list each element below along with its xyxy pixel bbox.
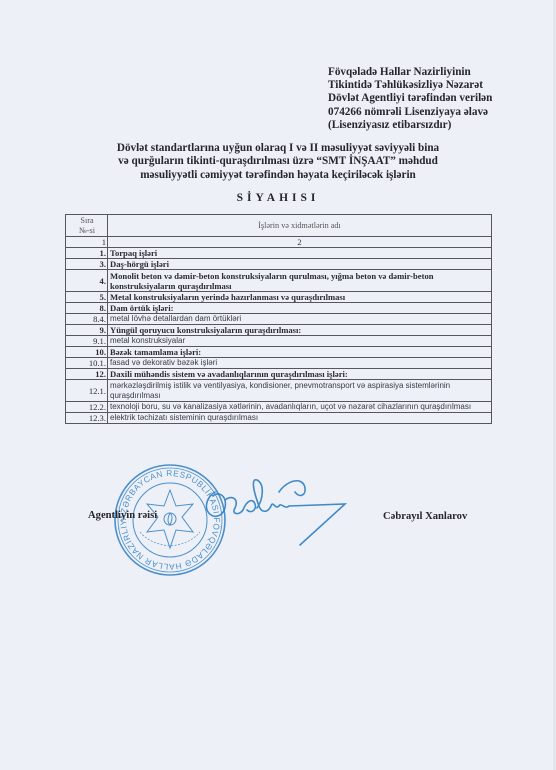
- table-row: 3.Daş-hörgü işləri: [66, 259, 492, 270]
- intro-line: məsuliyyətli cəmiyyət tərəfindən həyata …: [60, 169, 496, 182]
- table-row: 1.Torpaq işləri: [66, 248, 492, 259]
- addendum-line: 074266 nömrəli Lisenziyaya əlavə: [328, 106, 528, 119]
- addendum-line: Tikintidə Təhlükəsizliyə Nəzarət: [328, 79, 528, 92]
- table-row: 4.Monolit beton və dəmir-beton konstruks…: [66, 270, 492, 292]
- row-number-cell: 8.: [66, 303, 108, 314]
- row-number-cell: 12.3.: [66, 413, 108, 424]
- row-number-cell: 3.: [66, 259, 108, 270]
- index-cell-1: 1: [66, 237, 108, 248]
- intro-line: Dövlət standartlarına uyğun olaraq I və …: [60, 142, 496, 155]
- row-description-cell: Bəzək tamamlama işləri:: [108, 347, 492, 358]
- table-row: 9.Yüngül qoruyucu konstruksiyaların qura…: [66, 325, 492, 336]
- table-row: 9.1.metal konstruksiyalar: [66, 336, 492, 347]
- addendum-line: (Lisenziyasız etibarsızdır): [328, 119, 528, 132]
- row-number-cell: 5.: [66, 292, 108, 303]
- signatory-title: Agentliyin rəisi: [88, 510, 157, 521]
- document-intro: Dövlət standartlarına uyğun olaraq I və …: [60, 142, 496, 182]
- row-number-cell: 12.1.: [66, 380, 108, 402]
- row-description-cell: elektrik təchizatı sisteminin quraşdırıl…: [108, 413, 492, 424]
- row-description-cell: Dam örtük işləri:: [108, 303, 492, 314]
- header-name-cell: İşlərin və xidmətlərin adı: [108, 215, 492, 237]
- signature-mark: [195, 470, 365, 550]
- row-description-cell: metal lövhə detallardan dam örtükləri: [108, 314, 492, 325]
- table-index-row: 1 2: [66, 237, 492, 248]
- row-number-cell: 8.4.: [66, 314, 108, 325]
- table-header-row: Sıra №-si İşlərin və xidmətlərin adı: [66, 215, 492, 237]
- table-row: 12.1.mərkəzləşdirilmiş istilik və ventil…: [66, 380, 492, 402]
- table-row: 5.Metal konstruksiyaların yerində hazırl…: [66, 292, 492, 303]
- row-description-cell: Daş-hörgü işləri: [108, 259, 492, 270]
- row-description-cell: Daxili mühəndis sistem və avadanlıqların…: [108, 369, 492, 380]
- row-number-cell: 10.: [66, 347, 108, 358]
- row-description-cell: texnoloji boru, su və kanalizasiya xətlə…: [108, 402, 492, 413]
- row-description-cell: fasad və dekorativ bəzək işləri: [108, 358, 492, 369]
- row-description-cell: Yüngül qoruyucu konstruksiyaların quraşd…: [108, 325, 492, 336]
- table-row: 10.1.fasad və dekorativ bəzək işləri: [66, 358, 492, 369]
- row-description-cell: Monolit beton və dəmir-beton konstruksiy…: [108, 270, 492, 292]
- row-description-cell: metal konstruksiyalar: [108, 336, 492, 347]
- addendum-line: Fövqəladə Hallar Nazirliyinin: [328, 66, 528, 79]
- row-description-cell: Torpaq işləri: [108, 248, 492, 259]
- row-number-cell: 12.: [66, 369, 108, 380]
- table-row: 8.Dam örtük işləri:: [66, 303, 492, 314]
- addendum-line: Dövlət Agentliyi tərəfindən verilən: [328, 92, 528, 105]
- list-title: SİYAHISI: [60, 192, 496, 204]
- header-number-sublabel: №-si: [79, 226, 95, 235]
- row-description-cell: Metal konstruksiyaların yerində hazırlan…: [108, 292, 492, 303]
- table-row: 12.2.texnoloji boru, su və kanalizasiya …: [66, 402, 492, 413]
- row-number-cell: 10.1.: [66, 358, 108, 369]
- header-number-label: Sıra: [80, 216, 93, 225]
- row-number-cell: 12.2.: [66, 402, 108, 413]
- row-number-cell: 1.: [66, 248, 108, 259]
- row-number-cell: 9.1.: [66, 336, 108, 347]
- table-row: 12.3.elektrik təchizatı sisteminin quraş…: [66, 413, 492, 424]
- works-table: Sıra №-si İşlərin və xidmətlərin adı 1 2…: [65, 214, 492, 424]
- license-addendum-note: Fövqəladə Hallar Nazirliyinin Tikintidə …: [328, 66, 528, 132]
- row-number-cell: 4.: [66, 270, 108, 292]
- table-row: 8.4.metal lövhə detallardan dam örtüklər…: [66, 314, 492, 325]
- intro-line: və qurğuların tikinti-quraşdırılması üzr…: [60, 155, 496, 168]
- index-cell-2: 2: [108, 237, 492, 248]
- signatory-name: Cəbrayıl Xanlarov: [383, 511, 467, 522]
- table-row: 12.Daxili mühəndis sistem və avadanlıqla…: [66, 369, 492, 380]
- row-number-cell: 9.: [66, 325, 108, 336]
- row-description-cell: mərkəzləşdirilmiş istilik və ventilyasiy…: [108, 380, 492, 402]
- table-row: 10.Bəzək tamamlama işləri:: [66, 347, 492, 358]
- header-number-cell: Sıra №-si: [66, 215, 108, 237]
